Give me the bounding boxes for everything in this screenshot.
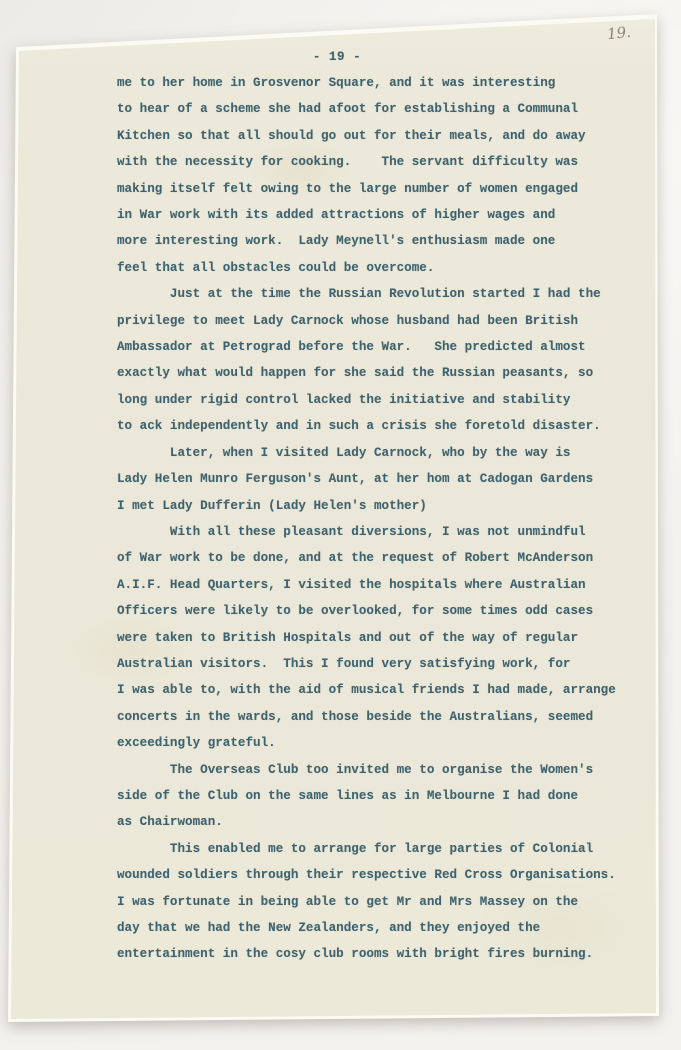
- typescript-body: me to her home in Grosvenor Square, and …: [117, 70, 677, 968]
- paper-shadow-wrapper: - 19 - me to her home in Grosvenor Squar…: [0, 0, 681, 1050]
- document-page: - 19 - me to her home in Grosvenor Squar…: [0, 0, 681, 1050]
- scan-background: - 19 - me to her home in Grosvenor Squar…: [0, 0, 681, 1050]
- page-number-header: - 19 -: [0, 50, 681, 64]
- pencil-annotation: 19.: [606, 23, 632, 43]
